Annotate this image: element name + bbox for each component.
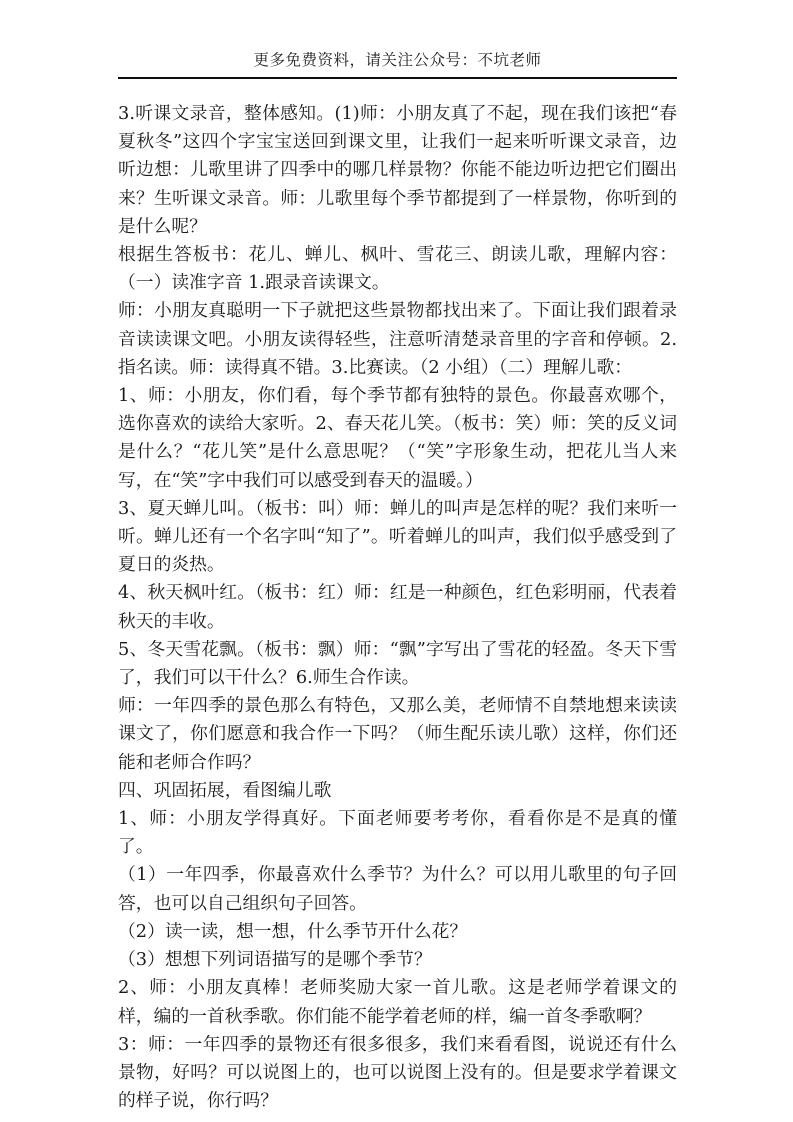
paragraph: （2）读一读，想一想，什么季节开什么花？ [118,918,677,946]
paragraph: 3：师：一年四季的景物还有很多很多，我们来看看图，说说还有什么景物，好吗？可以说… [118,1031,677,1116]
paragraph: （3）想想下列词语描写的是哪个季节？ [118,946,677,974]
paragraph: 师：一年四季的景色那么有特色，又那么美，老师情不自禁地想来读读课文了，你们愿意和… [118,692,677,777]
paragraph: 4、秋天枫叶红。（板书：红）师：红是一种颜色，红色彩明丽，代表着秋天的丰收。 [118,579,677,635]
paragraph: 3、夏天蝉儿叫。（板书：叫）师：蝉儿的叫声是怎样的呢？我们来听一听。蝉儿还有一个… [118,495,677,580]
header-promo-text: 更多免费资料，请关注公众号：不坑老师 [253,51,541,69]
paragraph: 5、冬天雪花飘。（板书：飘）师：“飘”字写出了雪花的轻盈。冬天下雪了，我们可以干… [118,636,677,692]
paragraph: 四、巩固拓展，看图编儿歌 [118,777,677,805]
paragraph: 师：小朋友真聪明一下子就把这些景物都找出来了。下面让我们跟着录音读读课文吧。小朋… [118,297,677,382]
page-header: 更多免费资料，请关注公众号：不坑老师 [118,50,677,79]
paragraph: 3.听课文录音，整体感知。(1)师：小朋友真了不起，现在我们该把“春夏秋冬”这四… [118,100,677,241]
document-page: 更多免费资料，请关注公众号：不坑老师 3.听课文录音，整体感知。(1)师：小朋友… [0,0,793,1122]
paragraph: 2、师：小朋友真棒！老师奖励大家一首儿歌。这是老师学着课文的样，编的一首秋季歌。… [118,974,677,1030]
document-body: 3.听课文录音，整体感知。(1)师：小朋友真了不起，现在我们该把“春夏秋冬”这四… [118,100,677,1115]
paragraph: 1、师：小朋友学得真好。下面老师要考考你，看看你是不是真的懂了。 [118,805,677,861]
paragraph: （1）一年四季，你最喜欢什么季节？为什么？可以用儿歌里的句子回答，也可以自己组织… [118,861,677,917]
paragraph: 1、师：小朋友，你们看，每个季节都有独特的景色。你最喜欢哪个，选你喜欢的读给大家… [118,382,677,495]
paragraph: 根据生答板书：花儿、蝉儿、枫叶、雪花三、朗读儿歌，理解内容：（一）读准字音 1.… [118,241,677,297]
